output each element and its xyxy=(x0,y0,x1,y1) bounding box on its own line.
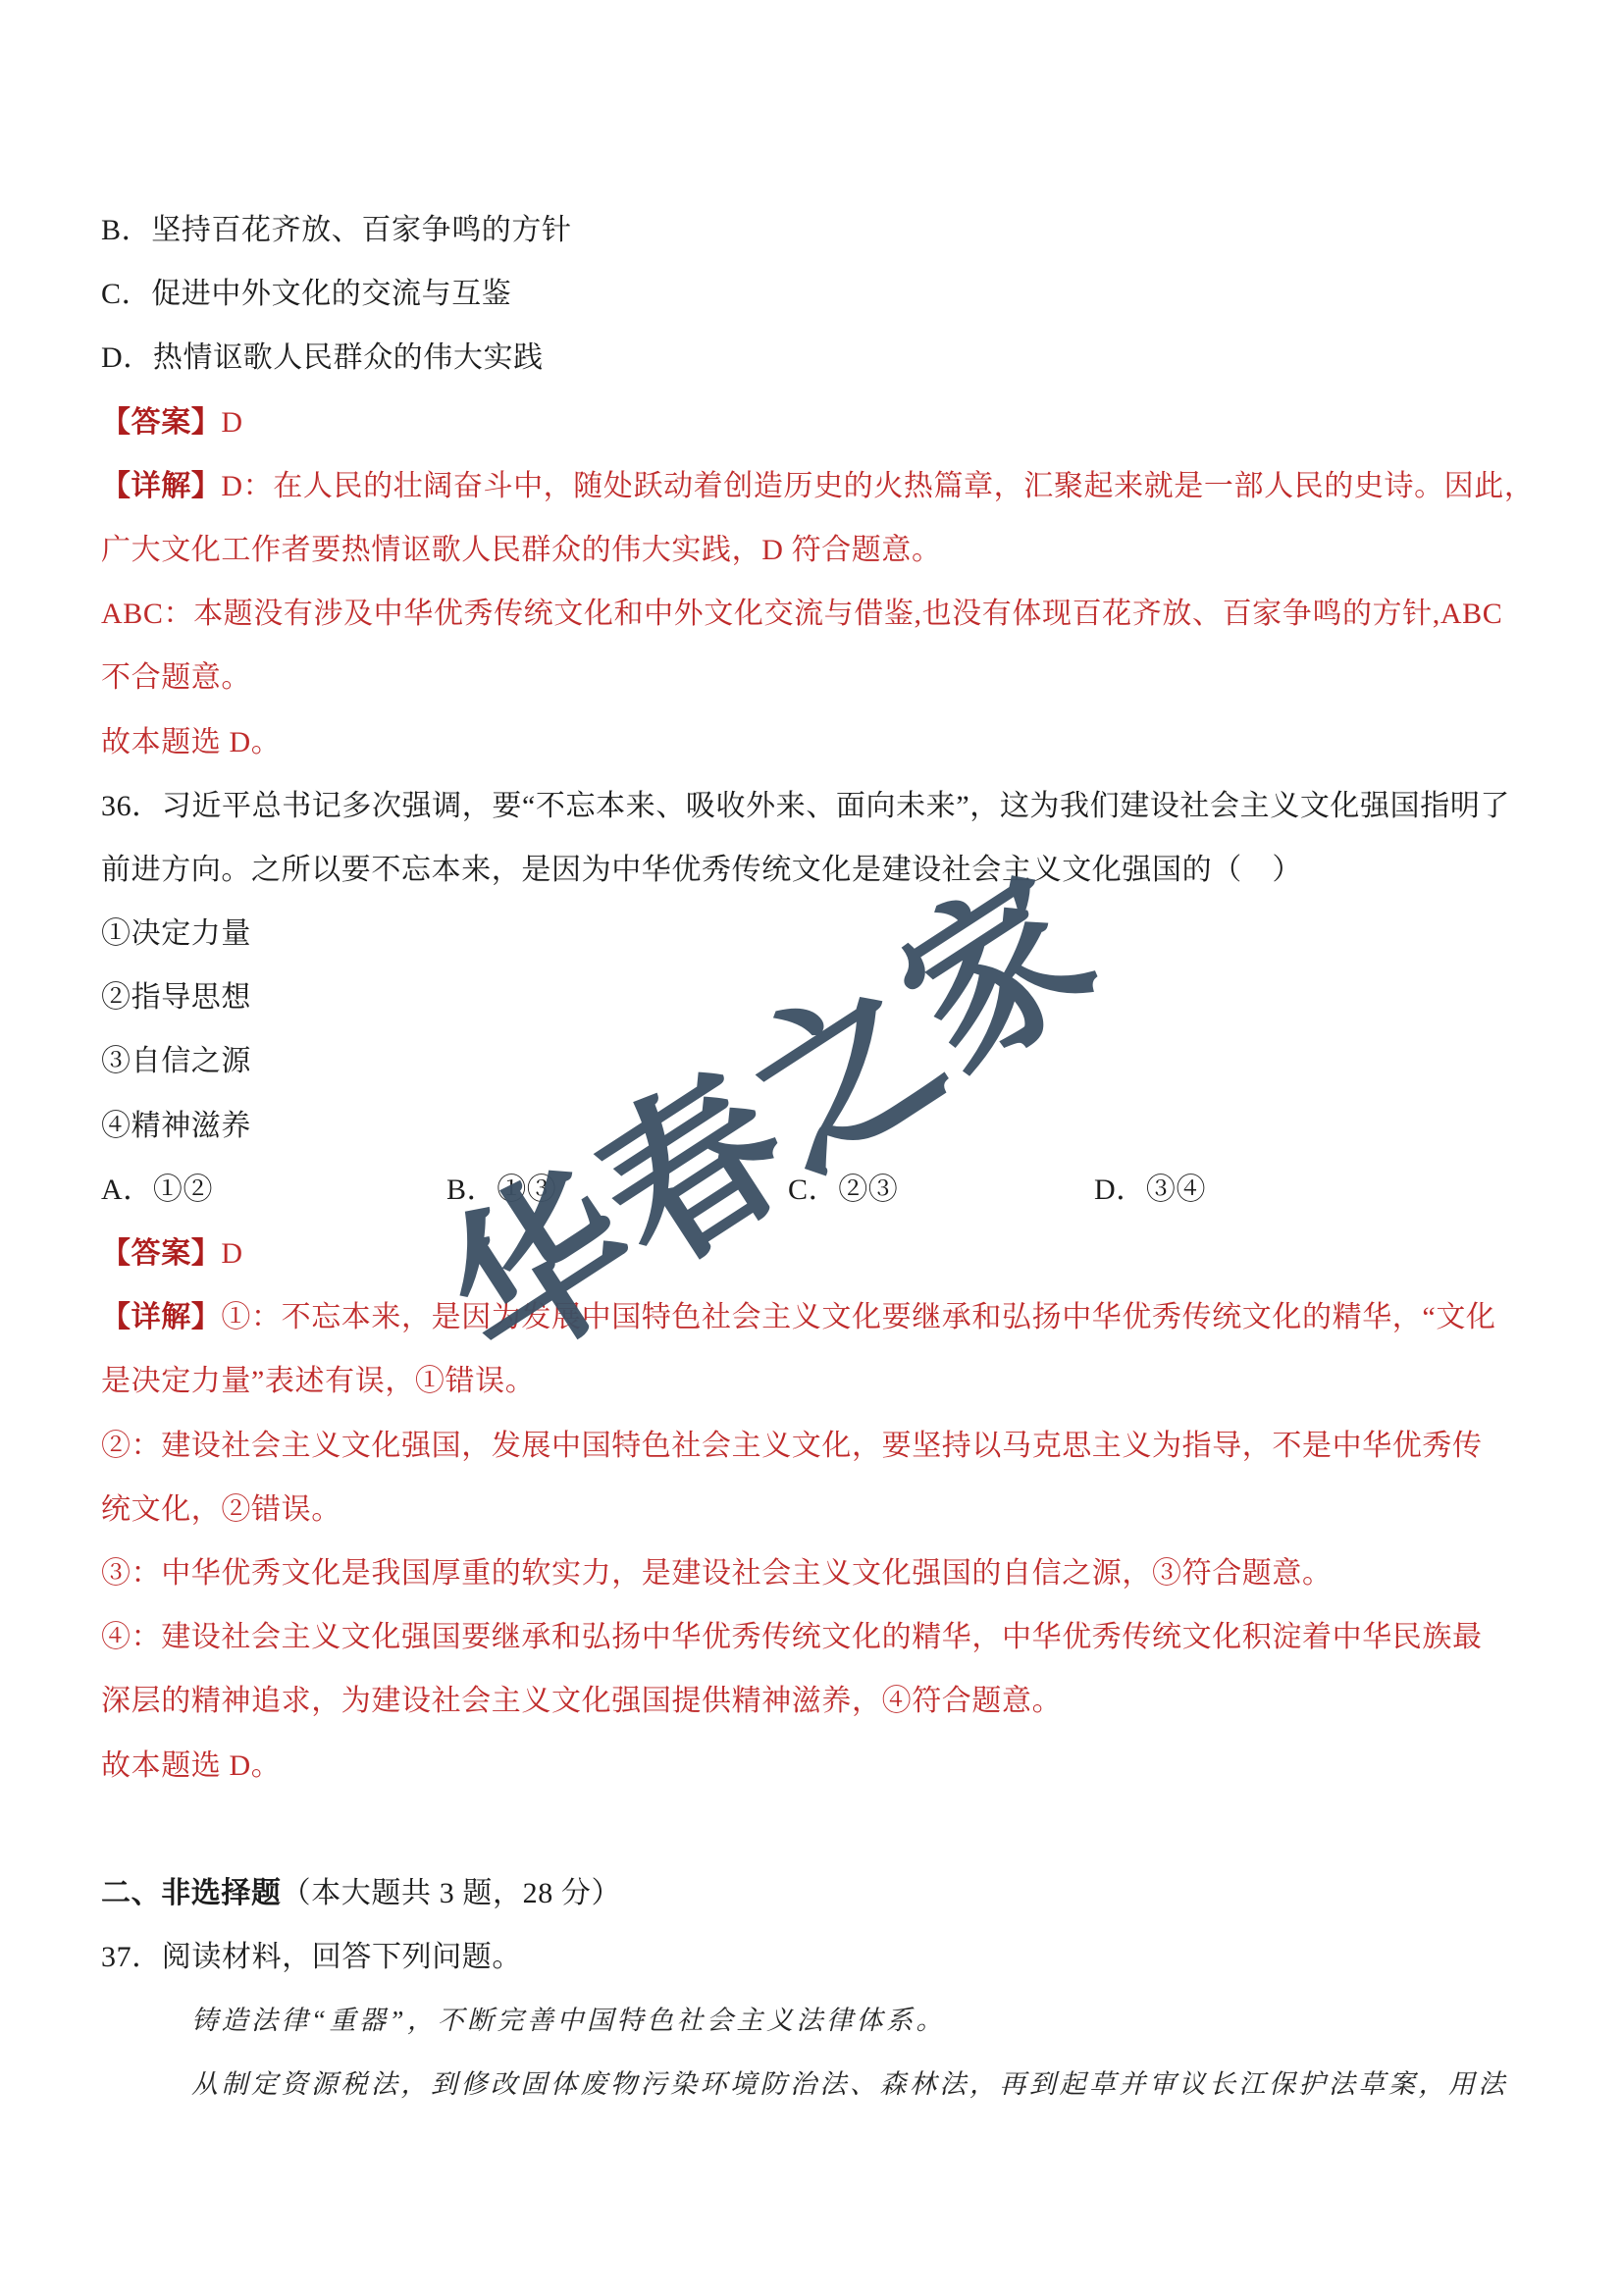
q35-detail-line: 广大文化工作者要热情讴歌人民群众的伟大实践，D 符合题意。 xyxy=(101,518,1526,582)
q36-detail-line: 深层的精神追求，为建设社会主义文化强国提供精神滋养，④符合题意。 xyxy=(101,1669,1526,1733)
q35-answer-value: D xyxy=(221,406,242,439)
q36-detail-label: 【详解】 xyxy=(101,1301,221,1333)
q35-detail-label: 【详解】 xyxy=(101,470,221,502)
q35-detail-line: ABC：本题没有涉及中华优秀传统文化和中外文化交流与借鉴,也没有体现百花齐放、百… xyxy=(101,582,1526,646)
q35-option-c: C．促进中外文化的交流与互鉴 xyxy=(101,262,1526,326)
q36-item-4: ④精神滋养 xyxy=(101,1094,1526,1158)
q36-item-3: ③自信之源 xyxy=(101,1029,1526,1093)
q35-option-d: D．热情讴歌人民群众的伟大实践 xyxy=(101,326,1526,390)
q36-option-a: A．①② xyxy=(101,1158,213,1222)
exam-document-page: B．坚持百花齐放、百家争鸣的方针 C．促进中外文化的交流与互鉴 D．热情讴歌人民… xyxy=(0,0,1623,2296)
q35-detail-text: D：在人民的壮阔奋斗中，随处跃动着创造历史的火热篇章，汇聚起来就是一部人民的史诗… xyxy=(221,470,1534,502)
q36-answer-label: 【答案】 xyxy=(101,1237,221,1270)
q36-detail-line: 【详解】①：不忘本来，是因为发展中国特色社会主义文化要继承和弘扬中华优秀传统文化… xyxy=(101,1285,1526,1349)
q35-detail-line: 不合题意。 xyxy=(101,646,1526,709)
q36-option-b: B．①③ xyxy=(446,1158,556,1222)
q36-answer-value: D xyxy=(221,1237,242,1270)
q35-option-b: B．坚持百花齐放、百家争鸣的方针 xyxy=(101,198,1526,262)
q36-detail-text: ①：不忘本来，是因为发展中国特色社会主义文化要继承和弘扬中华优秀传统文化的精华，… xyxy=(221,1301,1495,1333)
q35-conclusion: 故本题选 D。 xyxy=(101,710,1526,774)
q36-option-c: C．②③ xyxy=(788,1158,898,1222)
q36-detail-line: ④：建设社会主义文化强国要继承和弘扬中华优秀传统文化的精华，中华优秀传统文化积淀… xyxy=(101,1605,1526,1669)
blank-line xyxy=(101,1798,1526,1861)
q36-detail-line: ③：中华优秀文化是我国厚重的软实力，是建设社会主义文化强国的自信之源，③符合题意… xyxy=(101,1541,1526,1605)
q36-item-1: ①决定力量 xyxy=(101,902,1526,965)
section-2-note: （本大题共 3 题，28 分） xyxy=(282,1877,622,1909)
q36-stem-line-2: 前进方向。之所以要不忘本来，是因为中华优秀传统文化是建设社会主义文化强国的（ ） xyxy=(101,838,1526,902)
q36-stem-line-1: 36．习近平总书记多次强调，要“不忘本来、吸收外来、面向未来”，这为我们建设社会… xyxy=(101,774,1526,838)
q35-detail-line: 【详解】D：在人民的壮阔奋斗中，随处跃动着创造历史的火热篇章，汇聚起来就是一部人… xyxy=(101,454,1526,518)
q36-detail-line: ②：建设社会主义文化强国，发展中国特色社会主义文化，要坚持以马克思主义为指导，不… xyxy=(101,1414,1526,1478)
q36-options-row: A．①② B．①③ C．②③ D．③④ xyxy=(101,1158,1526,1222)
section-2-header: 二、非选择题（本大题共 3 题，28 分） xyxy=(101,1861,1526,1925)
q37-material-line-2: 从制定资源税法，到修改固体废物污染环境防治法、森林法，再到起草并审议长江保护法草… xyxy=(101,2053,1526,2116)
q36-option-d: D．③④ xyxy=(1094,1158,1206,1222)
q35-answer-line: 【答案】D xyxy=(101,391,1526,454)
q35-answer-label: 【答案】 xyxy=(101,406,221,439)
q36-detail-line: 是决定力量”表述有误，①错误。 xyxy=(101,1349,1526,1413)
section-2-title: 二、非选择题 xyxy=(101,1877,282,1909)
q37-material-line-1: 铸造法律“重器”，不断完善中国特色社会主义法律体系。 xyxy=(101,1989,1526,2053)
q36-detail-line: 统文化，②错误。 xyxy=(101,1478,1526,1541)
q37-stem: 37．阅读材料，回答下列问题。 xyxy=(101,1925,1526,1989)
q36-item-2: ②指导思想 xyxy=(101,965,1526,1029)
q36-answer-line: 【答案】D xyxy=(101,1222,1526,1285)
document-content: B．坚持百花齐放、百家争鸣的方针 C．促进中外文化的交流与互鉴 D．热情讴歌人民… xyxy=(101,198,1526,2117)
q36-conclusion: 故本题选 D。 xyxy=(101,1734,1526,1798)
